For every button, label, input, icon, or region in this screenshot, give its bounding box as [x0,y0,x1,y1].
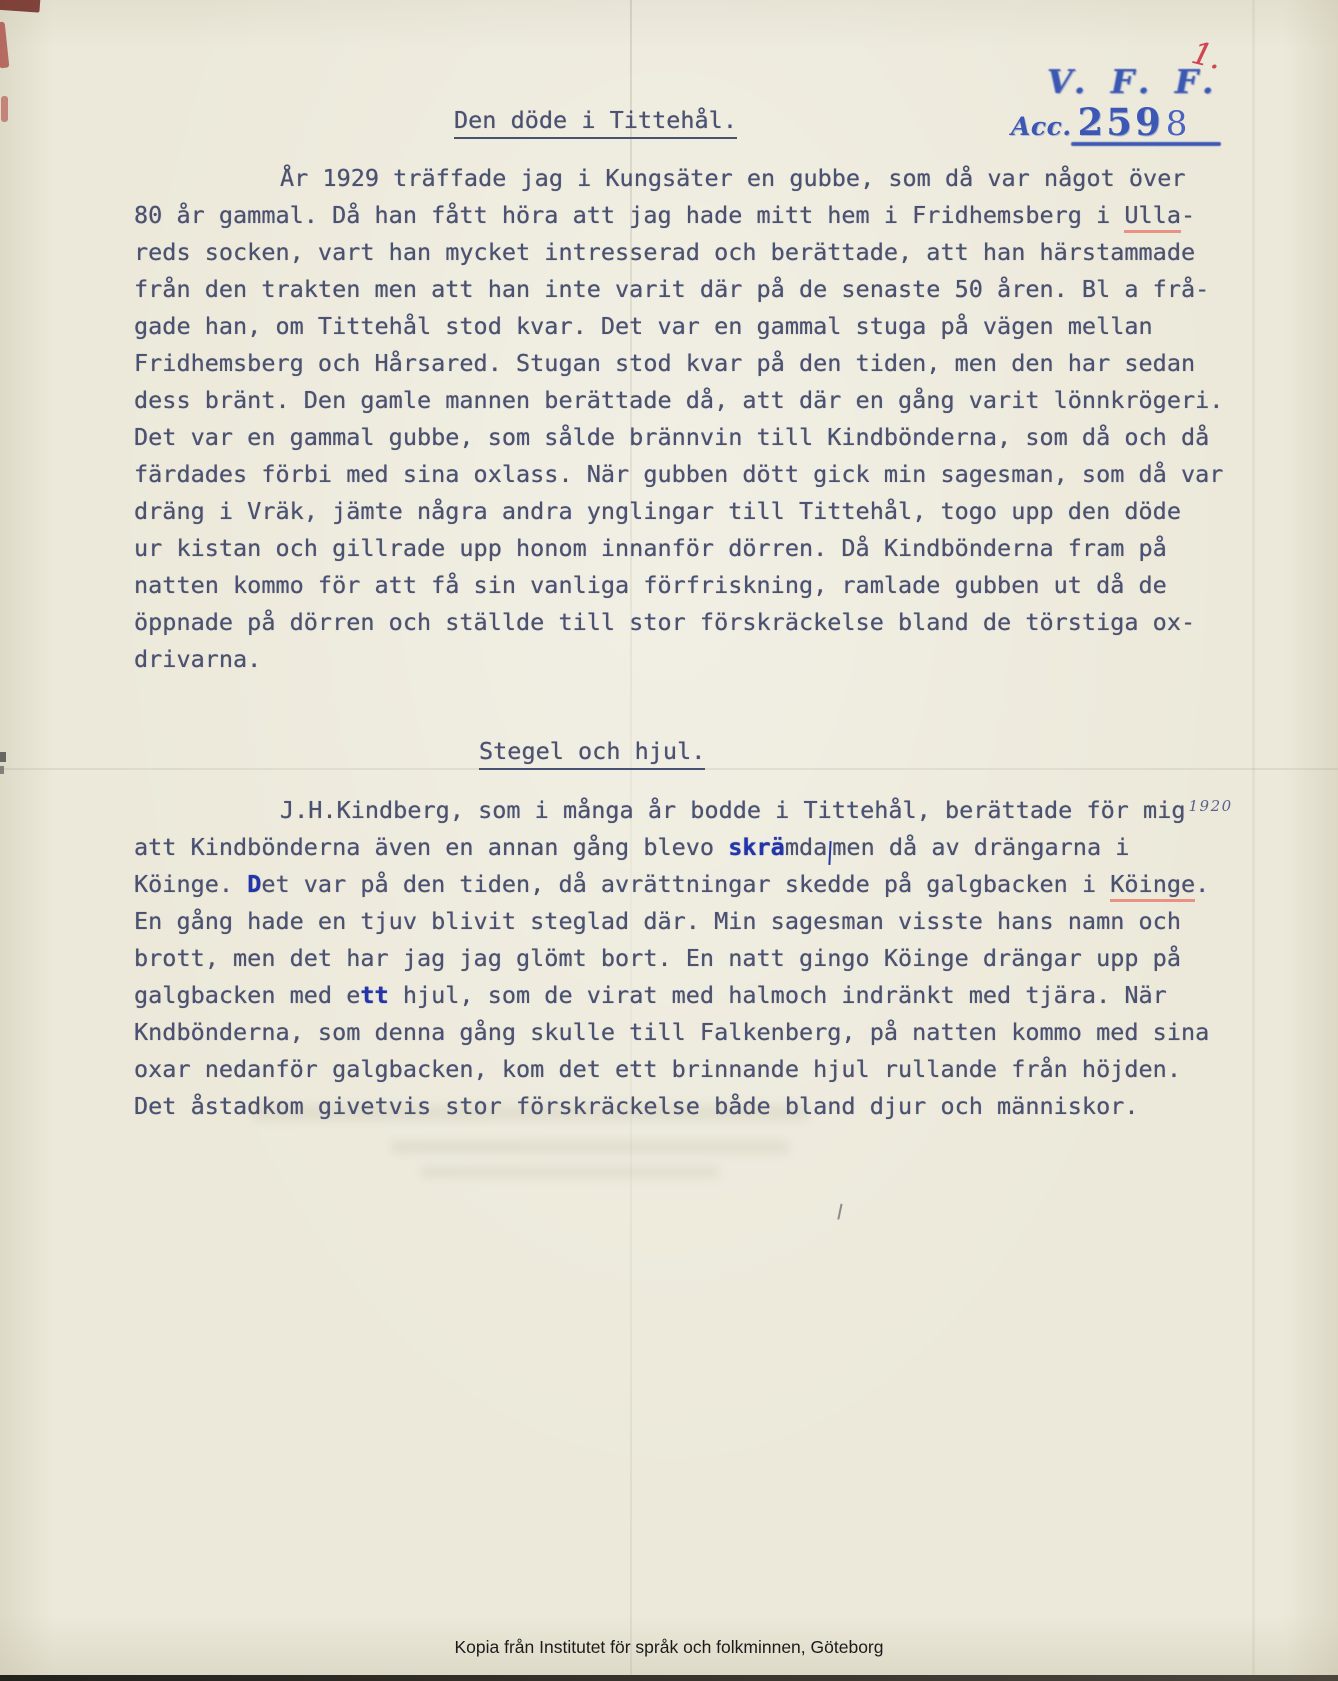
text-segment: - [1181,201,1195,229]
text-line: ur kistan och gillrade upp honom innanfö… [134,530,1246,567]
text-segment: men då av drängarna i [832,833,1129,861]
text-line: att Kindbönderna även en annan gång blev… [134,829,1246,866]
corner-ink-mark [0,22,9,69]
text-line: Köinge. Det var på den tiden, då avrättn… [134,866,1246,903]
text-segment: 80 år gammal. Då han fått höra att jag h… [134,201,1124,229]
text-line: oxar nedanför galgbacken, kom det ett br… [134,1051,1246,1088]
text-segment: J.H.Kindberg, som i många år bodde i Tit… [280,796,1185,824]
pen-correction: D [247,870,261,898]
text-line: Kndbönderna, som denna gång skulle till … [134,1014,1246,1051]
text-segment: mda [785,833,827,861]
archive-caption: Kopia från Institutet för språk och folk… [0,1637,1338,1658]
text-line: öppnade på dörren och ställde till stor … [134,604,1246,641]
text-segment: att Kindbönderna även en annan gång blev… [134,833,728,861]
text-line: dräng i Vräk, jämte några andra ynglinga… [134,493,1246,530]
corner-ink-mark [0,0,41,13]
paragraph: J.H.Kindberg, som i många år bodde i Tit… [134,792,1246,1125]
bottom-scan-edge [0,1675,1338,1681]
stamp-organization: V. F. F. [1047,62,1221,101]
paragraph: År 1929 träffade jag i Kungsäter en gubb… [134,160,1246,678]
text-line: J.H.Kindberg, som i många år bodde i Tit… [134,792,1246,829]
section-den-dode-i-tittehal: Den döde i Tittehål. År 1929 träffade ja… [134,106,1246,678]
pen-correction: skrä [728,833,785,861]
text-segment: galgbacken med e [134,981,360,1009]
scanned-document-page: 1. V. F. F. Acc.2598 Den döde i Tittehål… [0,0,1338,1681]
section-heading: Stegel och hjul. [479,737,705,770]
text-segment: . [1195,870,1209,898]
text-line: 80 år gammal. Då han fått höra att jag h… [134,197,1246,234]
text-line: gade han, om Tittehål stod kvar. Det var… [134,308,1246,345]
text-line: En gång hade en tjuv blivit steglad där.… [134,903,1246,940]
text-segment: Köinge. [134,870,247,898]
text-line: dess bränt. Den gamle mannen berättade d… [134,382,1246,419]
handwritten-year-note: 1920 [1188,797,1232,815]
ghost-text-smudge [420,1166,720,1178]
text-line: Fridhemsberg och Hårsared. Stugan stod k… [134,345,1246,382]
text-line: från den trakten men att han inte varit … [134,271,1246,308]
text-line: År 1929 träffade jag i Kungsäter en gubb… [134,160,1246,197]
text-line: reds socken, vart han mycket intresserad… [134,234,1246,271]
text-line: brott, men det har jag jag glömt bort. E… [134,940,1246,977]
corner-ink-mark [1,96,8,122]
ghost-text-smudge [390,1140,790,1154]
text-line: galgbacken med ett hjul, som de virat me… [134,977,1246,1014]
pen-correction: tt [360,981,388,1009]
section-stegel-och-hjul: Stegel och hjul. J.H.Kindberg, som i mån… [134,737,1246,1125]
text-line: drivarna. [134,641,1246,678]
text-line: färdades förbi med sina oxlass. När gubb… [134,456,1246,493]
red-underlined-word: Ulla [1124,201,1181,233]
text-segment: et var på den tiden, då avrättningar ske… [261,870,1110,898]
text-line: Det var en gammal gubbe, som sålde bränn… [134,419,1246,456]
edge-speck [0,752,6,762]
section-heading: Den döde i Tittehål. [454,106,737,139]
stray-pen-mark [831,1202,842,1219]
text-line: Det åstadkom givetvis stor förskräckelse… [134,1088,1246,1125]
fold-crease-vertical [1252,0,1255,1681]
red-underlined-word: Köinge [1110,870,1195,902]
text-line: natten kommo för att få sin vanliga förf… [134,567,1246,604]
text-segment: hjul, som de virat med halmoch indränkt … [389,981,1167,1009]
